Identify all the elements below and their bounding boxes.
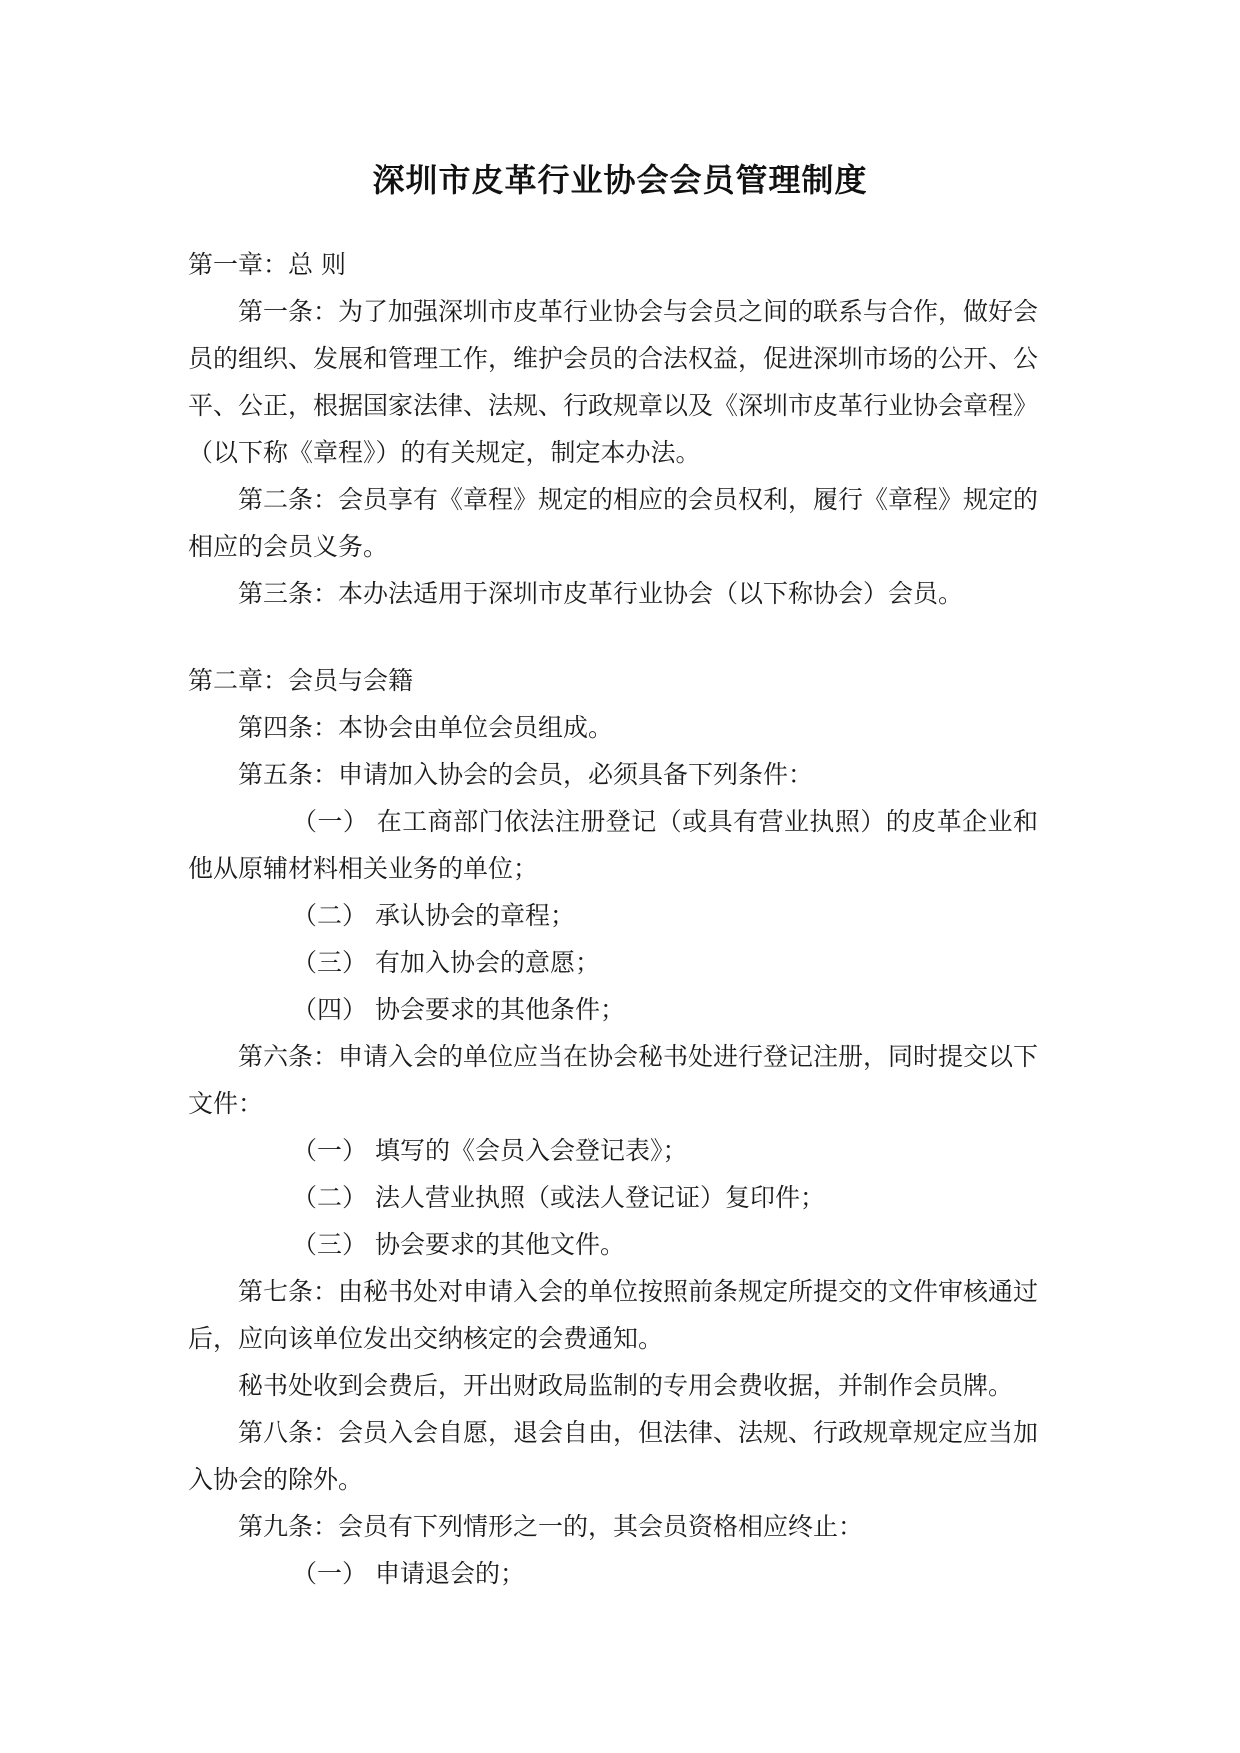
text-line: （一） 填写的《会员入会登记表》； (188, 1127, 1038, 1174)
paragraph-spacer (188, 617, 1038, 657)
text-line: （二） 承认协会的章程； (188, 892, 1038, 939)
document-title: 深圳市皮革行业协会会员管理制度 (0, 158, 1240, 202)
text-line: 秘书处收到会费后，开出财政局监制的专用会费收据，并制作会员牌。 (188, 1362, 1038, 1409)
text-line: （三） 有加入协会的意愿； (188, 939, 1038, 986)
text-line: 第五条：申请加入协会的会员，必须具备下列条件： (188, 751, 1038, 798)
chapter-heading: 第一章：总 则 (188, 241, 1038, 288)
document-page: 深圳市皮革行业协会会员管理制度 第一章：总 则第一条：为了加强深圳市皮革行业协会… (0, 0, 1240, 1753)
text-line: 文件： (188, 1080, 1038, 1127)
text-line: 第七条：由秘书处对申请入会的单位按照前条规定所提交的文件审核通过 (188, 1268, 1038, 1315)
text-line: 第三条：本办法适用于深圳市皮革行业协会（以下称协会）会员。 (188, 570, 1038, 617)
text-line: 第九条：会员有下列情形之一的，其会员资格相应终止： (188, 1503, 1038, 1550)
text-line: 相应的会员义务。 (188, 523, 1038, 570)
text-line: 第一条：为了加强深圳市皮革行业协会与会员之间的联系与合作，做好会 (188, 288, 1038, 335)
text-line: 入协会的除外。 (188, 1456, 1038, 1503)
document-body: 第一章：总 则第一条：为了加强深圳市皮革行业协会与会员之间的联系与合作，做好会员… (188, 241, 1038, 1597)
text-line: 第六条：申请入会的单位应当在协会秘书处进行登记注册，同时提交以下 (188, 1033, 1038, 1080)
text-line: 第八条：会员入会自愿，退会自由，但法律、法规、行政规章规定应当加 (188, 1409, 1038, 1456)
text-line: 第四条：本协会由单位会员组成。 (188, 704, 1038, 751)
text-line: （一） 在工商部门依法注册登记（或具有营业执照）的皮革企业和其 (188, 798, 1038, 845)
text-line: （三） 协会要求的其他文件。 (188, 1221, 1038, 1268)
text-line: （以下称《章程》）的有关规定，制定本办法。 (188, 429, 1038, 476)
text-line: （四） 协会要求的其他条件； (188, 986, 1038, 1033)
text-line: （二） 法人营业执照（或法人登记证）复印件； (188, 1174, 1038, 1221)
text-line: （一） 申请退会的； (188, 1550, 1038, 1597)
text-line: 第二条：会员享有《章程》规定的相应的会员权利，履行《章程》规定的 (188, 476, 1038, 523)
text-line: 平、公正，根据国家法律、法规、行政规章以及《深圳市皮革行业协会章程》 (188, 382, 1038, 429)
chapter-heading: 第二章：会员与会籍 (188, 657, 1038, 704)
text-line: 他从原辅材料相关业务的单位； (188, 845, 1038, 892)
text-line: 后，应向该单位发出交纳核定的会费通知。 (188, 1315, 1038, 1362)
text-line: 员的组织、发展和管理工作，维护会员的合法权益，促进深圳市场的公开、公 (188, 335, 1038, 382)
